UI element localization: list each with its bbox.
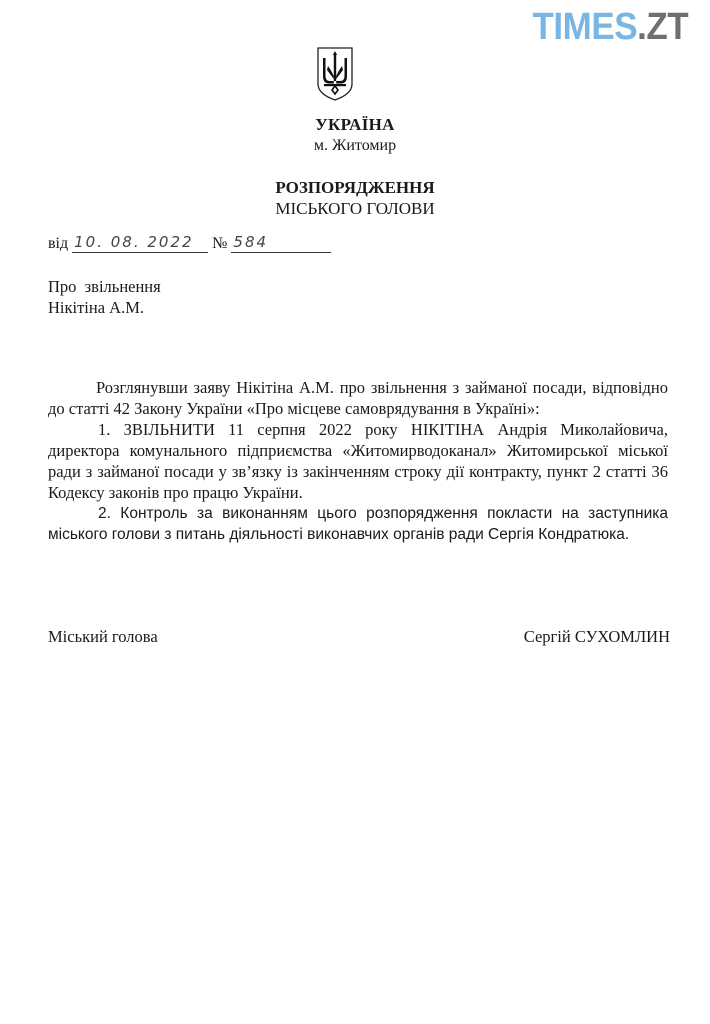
watermark-part-zt: .ZT [637,6,688,48]
number-label: № [212,235,227,253]
signature-block: Міський голова Сергій СУХОМЛИН [48,627,670,647]
city-name: м. Житомир [0,137,710,155]
ukraine-trident-icon [316,46,354,102]
registration-line: від 10. 08. 2022 № 584 [48,233,331,253]
signatory-name: Сергій СУХОМЛИН [524,627,670,647]
subject-line-2: Нікітіна А.М. [48,297,161,318]
document-type: РОЗПОРЯДЖЕННЯ [0,178,710,198]
document-issuer: МІСЬКОГО ГОЛОВИ [0,199,710,219]
document-body: Розглянувши заяву Нікітіна А.М. про звіл… [48,377,668,545]
subject-line-1: Про звільнення [48,276,161,297]
country-title: УКРАЇНА [0,115,710,135]
handwritten-date: 10. 08. 2022 [72,233,208,253]
preamble-paragraph: Розглянувши заяву Нікітіна А.М. про звіл… [48,377,668,419]
watermark-logo: TIMES.ZT [532,8,688,46]
watermark-part-times: TIMES [532,6,637,48]
order-item-1: 1. ЗВІЛЬНИТИ 11 серпня 2022 року НІКІТІН… [48,419,668,503]
date-label: від [48,235,68,253]
document-subject: Про звільнення Нікітіна А.М. [48,276,161,318]
handwritten-number: 584 [231,233,331,253]
order-item-2: 2. Контроль за виконанням цього розпоряд… [48,503,668,545]
signatory-position: Міський голова [48,627,158,647]
